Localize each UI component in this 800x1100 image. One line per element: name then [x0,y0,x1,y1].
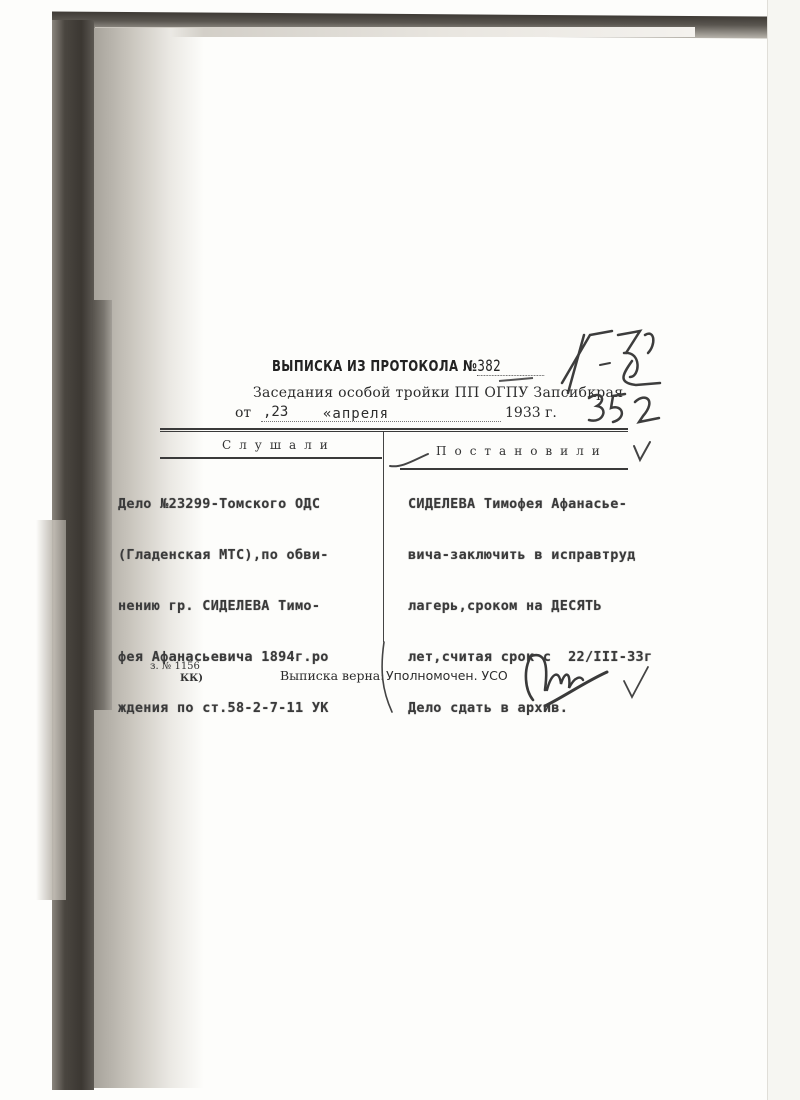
table-top-rule-inner [160,431,628,432]
title-text: ВЫПИСКА ИЗ ПРОТОКОЛА № [272,357,477,375]
header-bottom-rule-left [160,457,382,459]
date-day: ,23 [263,404,288,420]
dash-mark-icon [497,370,537,389]
heard-line: (Гладенская МТС),по обви- [118,547,329,564]
signature [515,650,615,714]
handwritten-number-752 [560,325,670,399]
heard-line: нению гр. СИДЕЛЕВА Тимо- [118,598,329,615]
reference-number-sub: КК) [150,673,203,685]
column-header-decided: Постановили [436,444,608,458]
date-year: 1933 г. [505,405,557,421]
column-divider [383,432,384,642]
date-month: «апреля [323,406,389,422]
session-date: от ,23 «апреля 1933 г. [235,405,575,425]
decided-line: вича-заключить в исправтруд [408,547,652,564]
protocol-extract-document: ВЫПИСКА ИЗ ПРОТОКОЛА №382 Заседания особ… [0,0,800,1100]
heard-line: Дело №23299-Томского ОДС [118,496,329,513]
checkmark-icon [622,665,652,705]
verified-label: Выписка верна: [280,668,384,683]
date-dotted-line [261,421,501,422]
reference-number-text: з. № 1156 [150,661,200,672]
column-header-heard: Слушали [222,438,336,452]
decided-line: СИДЕЛЕВА Тимофея Афанасье- [408,496,652,513]
official-title: Уполномочен. УСО [386,668,508,683]
decided-line: лагерь,сроком на ДЕСЯТЬ [408,598,652,615]
table-top-rule [160,428,628,430]
reference-number: з. № 1156 КК) [150,661,203,685]
date-prefix: от [235,405,251,421]
heard-line: ждения по ст.58-2-7-11 УК [118,700,329,717]
heard-text-block: Дело №23299-Томского ОДС (Гладенская МТС… [118,462,329,751]
